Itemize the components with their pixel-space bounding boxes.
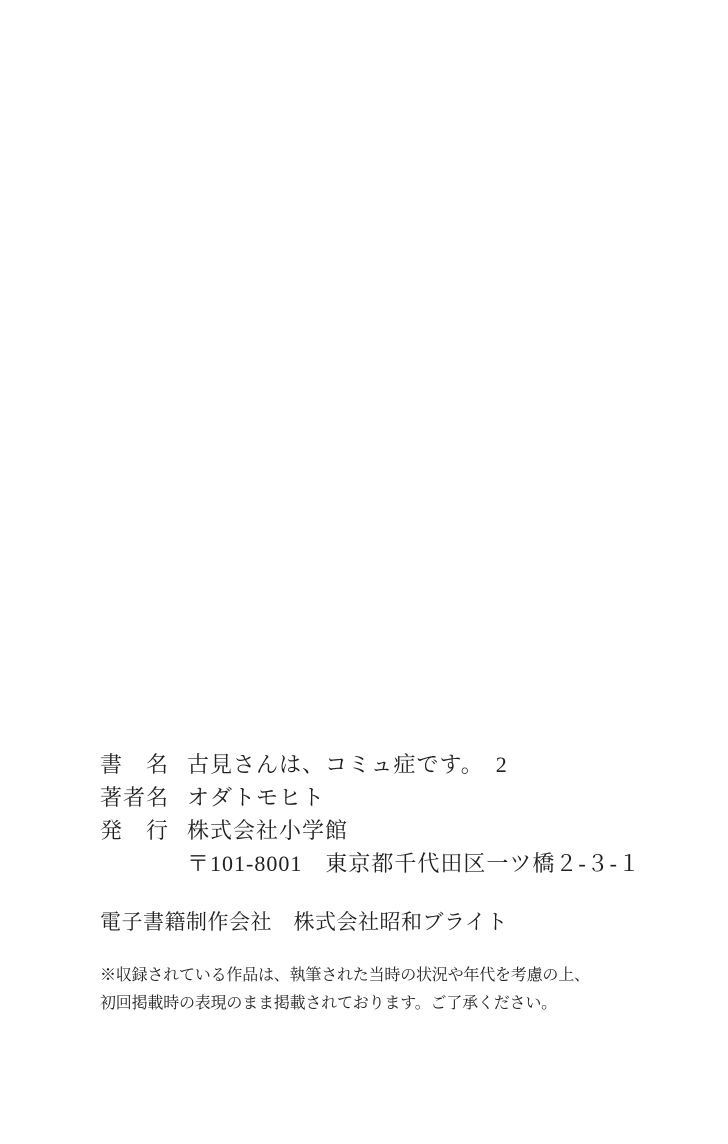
publisher-value: 株式会社小学館	[187, 814, 348, 847]
publisher-address-label	[100, 847, 187, 880]
book-title-value: 古見さんは、コミュ症です。 2	[187, 748, 508, 781]
colophon-row-author: 著者名 オダトモヒト	[100, 781, 641, 814]
author-value: オダトモヒト	[187, 781, 325, 814]
disclaimer-block: ※収録されている作品は、執筆された当時の状況や年代を考慮の上、 初回掲載時の表現…	[100, 962, 590, 1018]
disclaimer-line-1: ※収録されている作品は、執筆された当時の状況や年代を考慮の上、	[100, 962, 590, 990]
colophon-row-publisher-address: 〒101‐8001 東京都千代田区一ツ橋２‐３‐１	[100, 847, 641, 880]
colophon-page: 書 名 古見さんは、コミュ症です。 2 著者名 オダトモヒト 発 行 株式会社小…	[0, 0, 728, 1144]
publisher-label: 発 行	[100, 814, 187, 847]
ebook-producer-line: 電子書籍制作会社 株式会社昭和ブライト	[100, 906, 508, 939]
book-title-label: 書 名	[100, 748, 187, 781]
colophon-row-book-title: 書 名 古見さんは、コミュ症です。 2	[100, 748, 641, 781]
disclaimer-line-2: 初回掲載時の表現のまま掲載されております。ご了承ください。	[100, 990, 590, 1018]
author-label: 著者名	[100, 781, 187, 814]
colophon-block: 書 名 古見さんは、コミュ症です。 2 著者名 オダトモヒト 発 行 株式会社小…	[100, 748, 641, 880]
colophon-row-publisher: 発 行 株式会社小学館	[100, 814, 641, 847]
publisher-address-value: 〒101‐8001 東京都千代田区一ツ橋２‐３‐１	[187, 847, 641, 880]
